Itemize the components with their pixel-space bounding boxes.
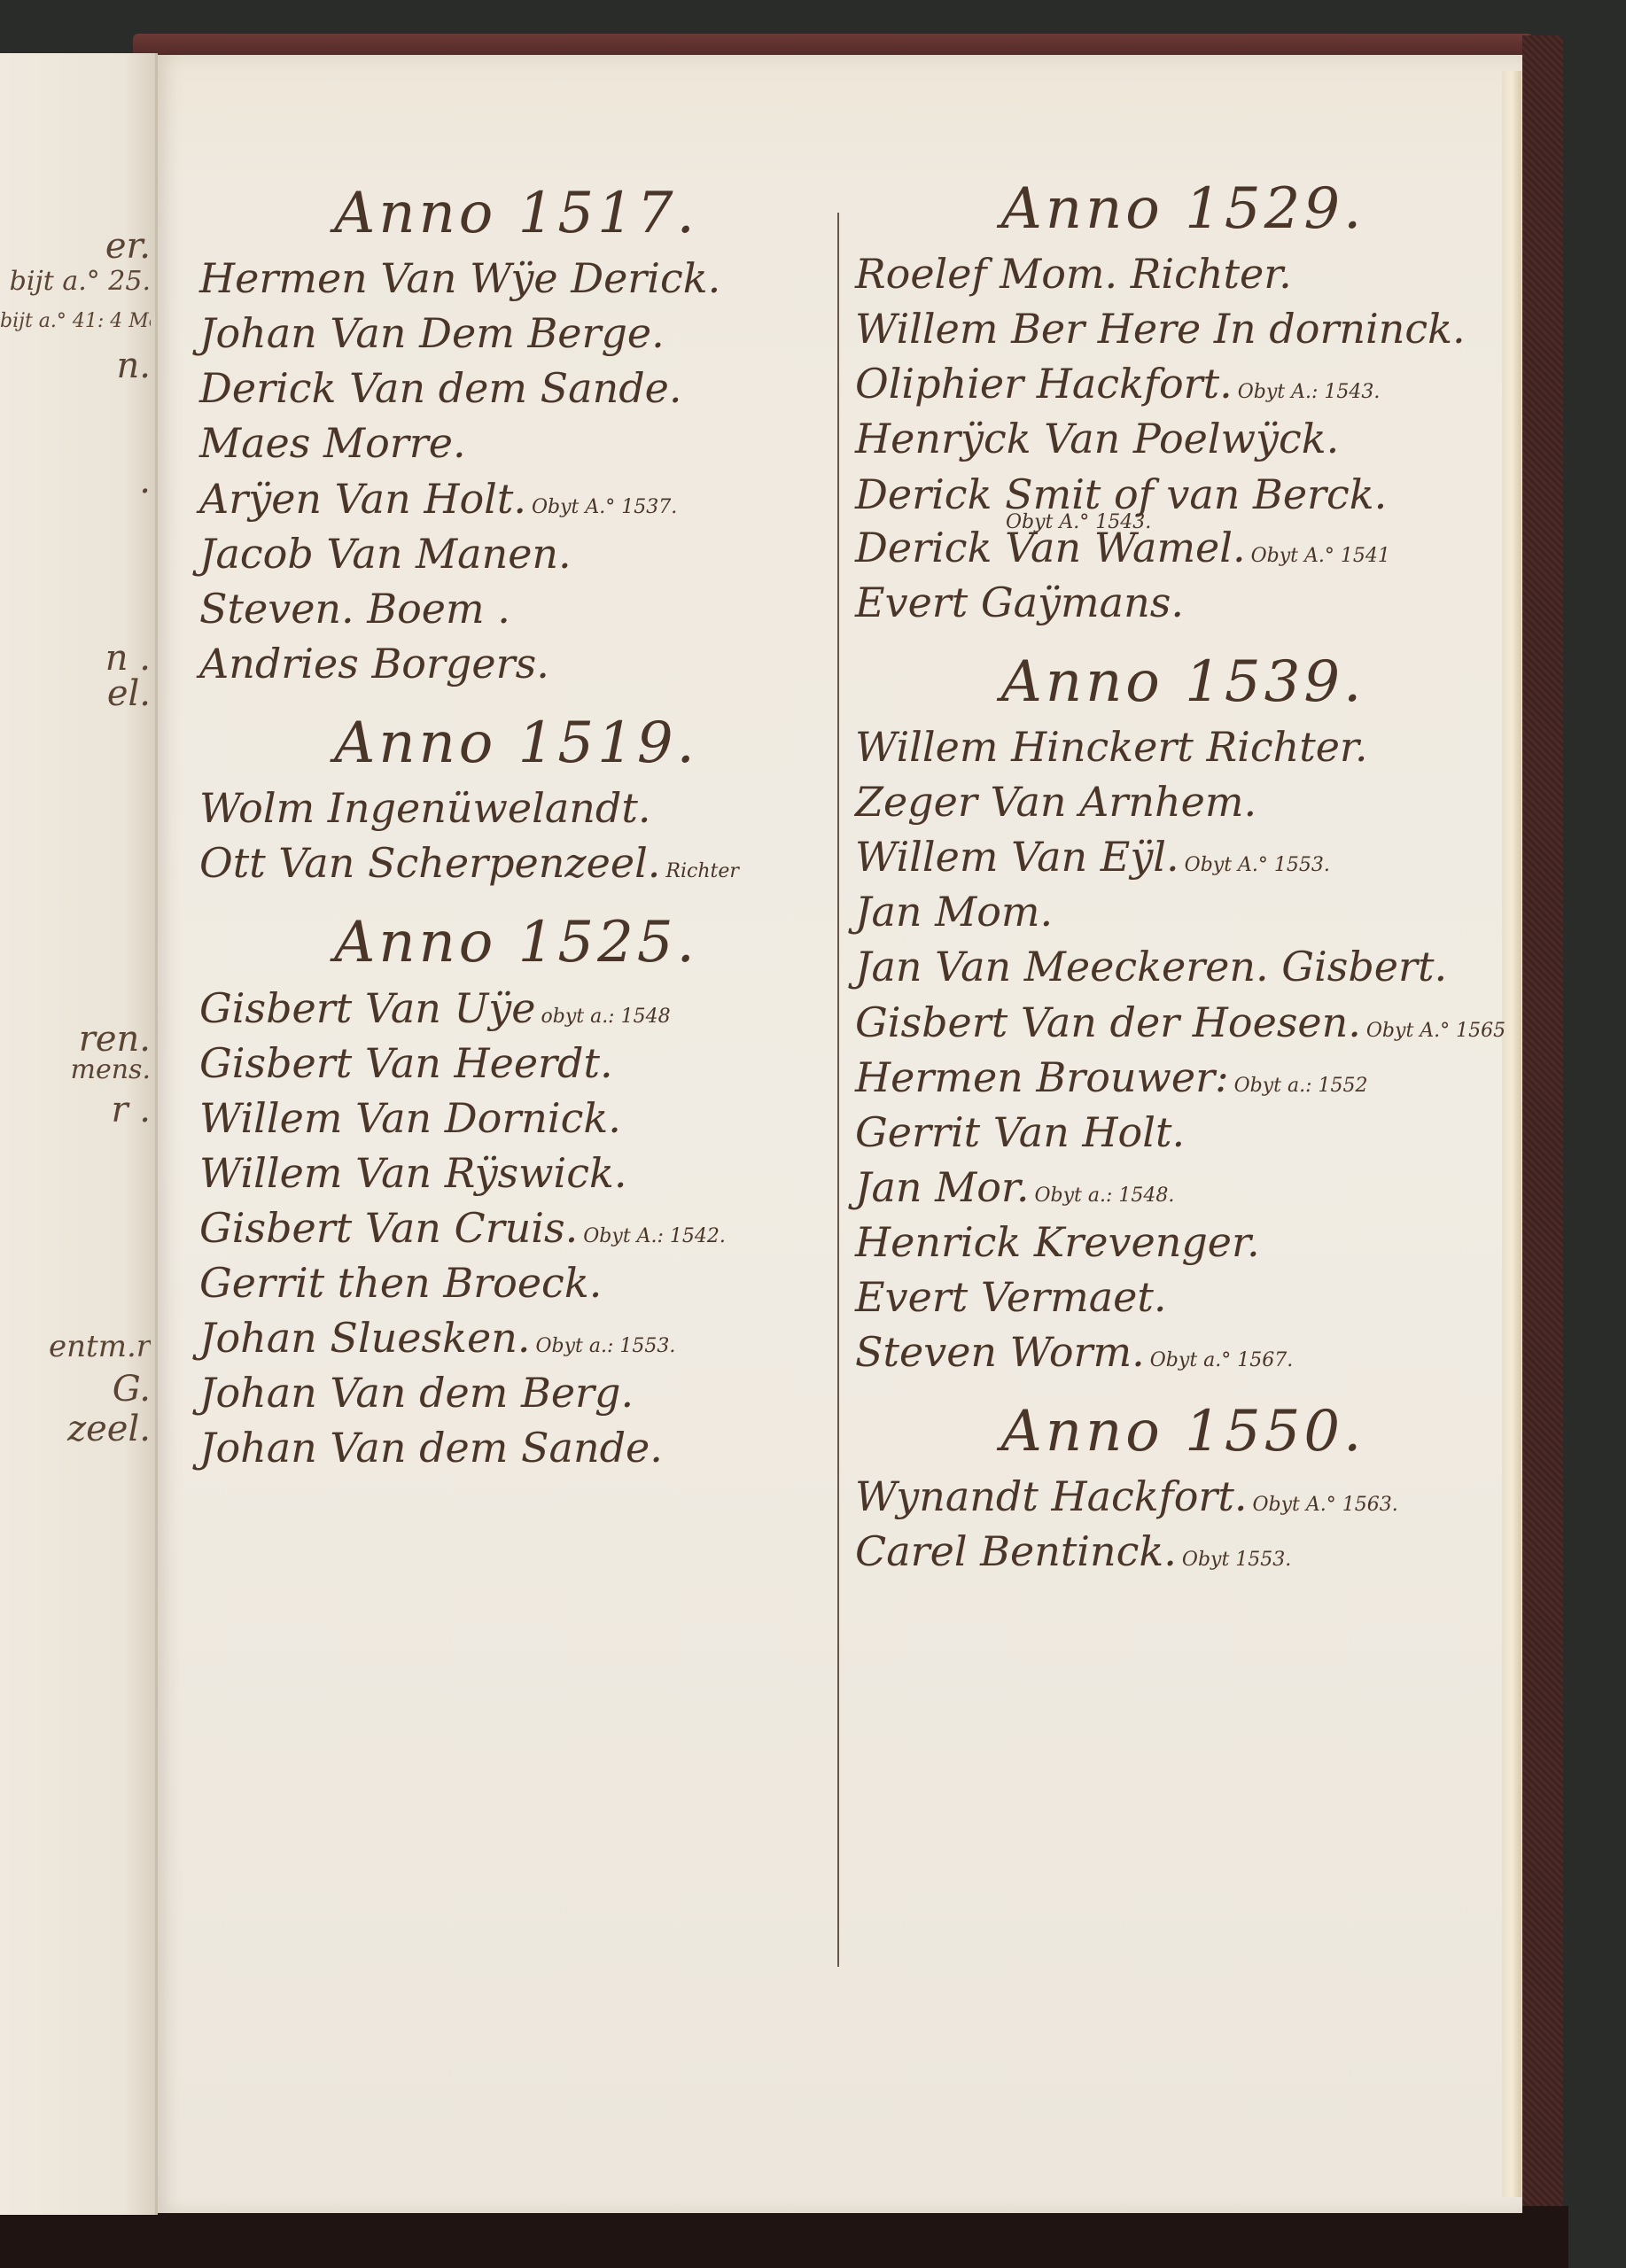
name-entry: Oliphier Hackfort.Obyt A.: 1543.: [855, 356, 1511, 411]
person-name: Arÿen Van Holt.: [199, 475, 526, 523]
name-entry: Evert Vermaet.: [855, 1270, 1511, 1324]
name-entry: Willem Van Dornick.: [199, 1091, 833, 1146]
person-name: Steven Worm.: [855, 1328, 1145, 1376]
name-entry: Willem Hinckert Richter.: [855, 719, 1511, 774]
obit-note: Obyt a.: 1552: [1234, 1075, 1368, 1097]
name-entry: Jacob Van Manen.: [199, 526, 833, 581]
year-heading: Anno 1525.: [199, 906, 833, 980]
left-page-text-fragment: er.: [0, 226, 151, 267]
name-entry: Steven. Boem .: [199, 581, 833, 636]
name-entry: Willem Van Rÿswick.: [199, 1146, 833, 1200]
name-entry: Roelef Mom. Richter.: [855, 246, 1511, 301]
person-name: Maes Morre.: [199, 419, 466, 467]
obit-note: Obyt A.° 1537.: [532, 496, 677, 518]
obit-note: Obyt A.° 1563.: [1252, 1494, 1397, 1516]
person-name: Henrÿck Van Poelwÿck.: [855, 415, 1339, 462]
left-page-text-fragment: el.: [0, 673, 151, 714]
column-divider: [837, 213, 839, 1967]
year-section: Anno 1525.Gisbert Van Uÿeobyt a.: 1548Gi…: [199, 906, 833, 1475]
name-entry: Johan Van dem Berg.: [199, 1365, 833, 1420]
obit-note: Obyt A.° 1541: [1251, 545, 1390, 567]
person-name: Hermen Van Wÿe Derick.: [199, 254, 720, 302]
name-entry: Hermen Brouwer:Obyt a.: 1552: [855, 1050, 1511, 1105]
name-entry: Derick Van dem Sande.: [199, 361, 833, 416]
person-name: Gisbert Van Uÿe: [199, 984, 535, 1032]
left-page-text-fragment: zeel.: [0, 1409, 151, 1449]
person-name: Gisbert Van Heerdt.: [199, 1039, 613, 1087]
person-name: Johan Sluesken.: [199, 1314, 530, 1362]
name-entry: Steven Worm.Obyt a.° 1567.: [855, 1324, 1511, 1379]
name-entry: Zeger Van Arnhem.: [855, 774, 1511, 829]
name-entry: Andries Borgers.: [199, 636, 833, 691]
name-entry: Derick Van Wamel.Obyt A.° 1541: [855, 520, 1511, 575]
person-name: Johan Van Dem Berge.: [199, 309, 665, 357]
name-entry: Arÿen Van Holt.Obyt A.° 1537.: [199, 471, 833, 526]
name-entry: Henrÿck Van Poelwÿck.: [855, 411, 1511, 466]
obit-note: Obyt A.: 1543.: [1238, 381, 1381, 403]
person-name: Henrick Krevenger.: [855, 1218, 1260, 1266]
year-section: Anno 1517.Hermen Van Wÿe Derick.Johan Va…: [199, 177, 833, 691]
obit-note: Obyt 1553.: [1182, 1549, 1291, 1571]
year-heading: Anno 1539.: [855, 646, 1511, 719]
left-page-text-fragment: .: [0, 461, 151, 501]
person-name: Evert Gaÿmans.: [855, 579, 1184, 626]
person-name: Gerrit then Broeck.: [199, 1259, 602, 1307]
person-name: Gerrit Van Holt.: [855, 1108, 1185, 1156]
name-entry: Willem Van Eÿl.Obyt A.° 1553.: [855, 829, 1511, 884]
obit-note: Obyt A.° 1553.: [1185, 854, 1330, 876]
person-name: Jan Mor.: [855, 1163, 1029, 1211]
year-section: Anno 1539.Willem Hinckert Richter.Zeger …: [855, 646, 1511, 1379]
year-section: Anno 1529.Roelef Mom. Richter.Willem Ber…: [855, 173, 1511, 630]
left-page: er.bijt a.° 25.bijt a.° 41: 4 Meyn..n .e…: [0, 53, 158, 2215]
obit-note: Obyt a.: 1548.: [1034, 1184, 1174, 1207]
name-entry: Ott Van Scherpenzeel.Richter: [199, 835, 833, 890]
name-entry: Wynandt Hackfort.Obyt A.° 1563.: [855, 1469, 1511, 1524]
left-page-text-fragment: G.: [0, 1369, 151, 1410]
person-name: Wynandt Hackfort.: [855, 1472, 1247, 1520]
obit-note: obyt a.: 1548: [541, 1006, 670, 1028]
person-name: Wolm Ingenüwelandt.: [199, 784, 650, 832]
person-name: Jan Mom.: [855, 888, 1053, 936]
name-entry: Maes Morre.: [199, 416, 833, 470]
year-heading: Anno 1517.: [199, 177, 833, 251]
name-entry: Jan Mor.Obyt a.: 1548.: [855, 1160, 1511, 1215]
person-name: Willem Hinckert Richter.: [855, 723, 1367, 771]
year-section: Anno 1550.Wynandt Hackfort.Obyt A.° 1563…: [855, 1395, 1511, 1579]
obit-note: Obyt A.° 1565: [1366, 1020, 1505, 1042]
name-entry: Willem Ber Here In dorninck.: [855, 301, 1511, 356]
obit-note: Obyt a.: 1553.: [535, 1335, 675, 1357]
left-page-text-fragment: bijt a.° 41: 4 Mey: [0, 310, 151, 332]
person-name: Jan Van Meeckeren. Gisbert.: [855, 943, 1447, 990]
person-name: Willem Van Rÿswick.: [199, 1149, 627, 1197]
left-page-text-fragment: bijt a.° 25.: [0, 266, 151, 297]
right-column: Anno 1529.Roelef Mom. Richter.Willem Ber…: [855, 173, 1511, 1596]
name-entry: Carel Bentinck.Obyt 1553.: [855, 1524, 1511, 1579]
person-name: Evert Vermaet.: [855, 1273, 1166, 1321]
person-name: Johan Van dem Sande.: [199, 1424, 663, 1472]
year-heading: Anno 1519.: [199, 707, 833, 781]
person-name: Oliphier Hackfort.: [855, 360, 1233, 408]
book-cover-bottom-edge: [0, 2206, 1568, 2268]
year-section: Anno 1519.Wolm Ingenüwelandt.Ott Van Sch…: [199, 707, 833, 890]
person-name: Gisbert Van der Hoesen.: [855, 998, 1361, 1046]
person-name: Ott Van Scherpenzeel.: [199, 839, 660, 887]
left-page-text-fragment: entm.r: [0, 1329, 151, 1364]
person-name: Derick Van Wamel.: [855, 524, 1246, 571]
name-entry: Gerrit Van Holt.: [855, 1105, 1511, 1160]
year-heading: Anno 1529.: [855, 173, 1511, 246]
name-entry: Johan Van Dem Berge.: [199, 306, 833, 361]
obit-note: Obyt a.° 1567.: [1150, 1349, 1293, 1371]
person-name: Andries Borgers.: [199, 640, 549, 687]
person-name: Johan Van dem Berg.: [199, 1369, 634, 1417]
person-name: Jacob Van Manen.: [199, 530, 572, 578]
name-entry: Gerrit then Broeck.: [199, 1255, 833, 1310]
person-name: Roelef Mom. Richter.: [855, 250, 1292, 298]
obit-note: Obyt A.: 1542.: [583, 1225, 726, 1247]
name-entry: Gisbert Van Cruis.Obyt A.: 1542.: [199, 1200, 833, 1255]
left-page-text-fragment: n.: [0, 346, 151, 386]
name-entry: Jan Mom.: [855, 884, 1511, 939]
name-entry: Evert Gaÿmans.: [855, 575, 1511, 630]
person-name: Carel Bentinck.: [855, 1527, 1177, 1575]
name-entry: Jan Van Meeckeren. Gisbert.: [855, 939, 1511, 994]
person-name: Zeger Van Arnhem.: [855, 778, 1256, 826]
left-page-text-fragment: r .: [0, 1090, 151, 1130]
person-name: Gisbert Van Cruis.: [199, 1204, 578, 1252]
person-name: Willem Ber Here In dorninck.: [855, 305, 1466, 353]
left-column: Anno 1517.Hermen Van Wÿe Derick.Johan Va…: [199, 177, 833, 1491]
person-name: Willem Van Dornick.: [199, 1094, 621, 1142]
year-heading: Anno 1550.: [855, 1395, 1511, 1469]
name-entry: Gisbert Van der Hoesen.Obyt A.° 1565: [855, 995, 1511, 1050]
name-entry: Hermen Van Wÿe Derick.: [199, 251, 833, 306]
name-entry: Gisbert Van Heerdt.: [199, 1036, 833, 1091]
name-entry: Henrick Krevenger.: [855, 1215, 1511, 1270]
name-entry: Wolm Ingenüwelandt.: [199, 781, 833, 835]
name-entry: Johan Sluesken.Obyt a.: 1553.: [199, 1310, 833, 1365]
left-page-text-fragment: mens.: [0, 1054, 151, 1085]
person-name: Steven. Boem .: [199, 585, 510, 633]
person-name: Hermen Brouwer:: [855, 1053, 1229, 1101]
name-entry: Gisbert Van Uÿeobyt a.: 1548: [199, 981, 833, 1036]
obit-note: Richter: [665, 860, 738, 882]
book-cover-spine-right: [1522, 35, 1563, 2233]
person-name: Derick Van dem Sande.: [199, 364, 682, 412]
person-name: Willem Van Eÿl.: [855, 833, 1179, 881]
name-entry: Johan Van dem Sande.: [199, 1420, 833, 1475]
